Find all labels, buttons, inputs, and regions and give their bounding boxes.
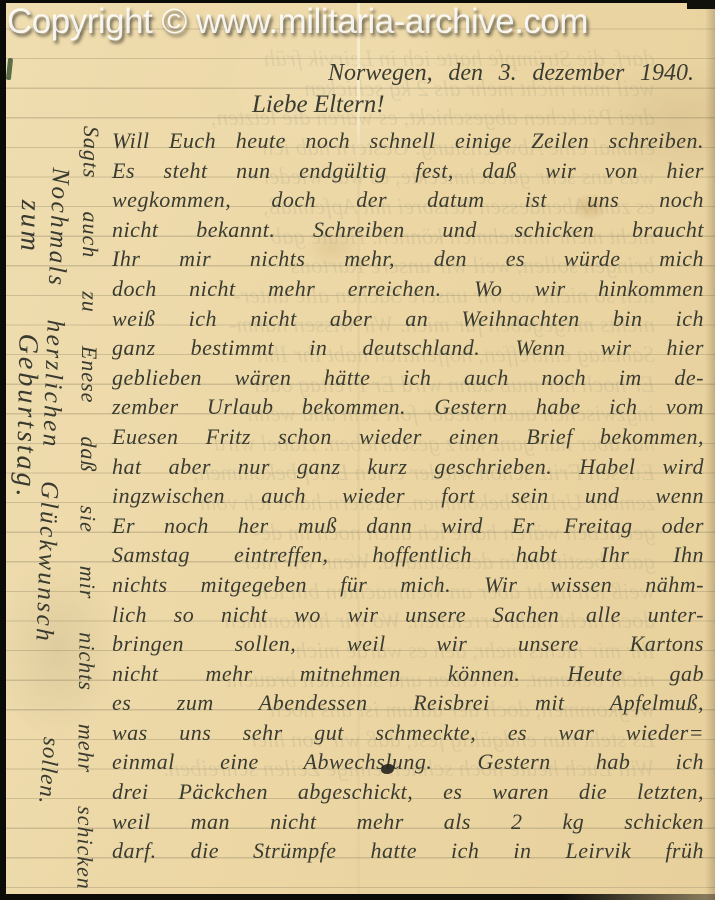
body-line: doch nicht mehr erreichen. Wo wir hinkom… xyxy=(112,274,704,304)
margin-note-postscript-continued: sollen. xyxy=(28,736,64,887)
scan-edge-corner xyxy=(687,0,715,9)
body-line: nichts mitgegeben für mich. Wir wissen n… xyxy=(112,570,704,600)
body-line: Will Euch heute noch schnell einige Zeil… xyxy=(112,126,704,156)
body-line: hat aber nur ganz kurz geschrieben. Habe… xyxy=(112,452,704,482)
body-line: zember Urlaub bekommen. Gestern habe ich… xyxy=(112,392,704,422)
body-line: ganz bestimmt in deutschland. Wenn wir h… xyxy=(112,333,704,363)
body-line: es zum Abendessen Reisbrei mit Apfelmuß, xyxy=(112,688,704,718)
body-line: Es steht nun endgültig fest, daß wir von… xyxy=(112,156,704,186)
body-line: was uns sehr gut schmeckte, es war wiede… xyxy=(112,718,704,748)
body-line: nicht bekannt. Schreiben und schicken br… xyxy=(112,215,704,245)
body-line: Er noch her muß dann wird Er Freitag ode… xyxy=(112,511,704,541)
body-line: Ihr mir nichts mehr, den es würde mich xyxy=(112,244,704,274)
scan-edge-left xyxy=(0,0,6,900)
body-line: drei Päckchen abgeschickt, es waren die … xyxy=(112,777,704,807)
body-line: ingzwischen auch wieder fort sein und we… xyxy=(112,481,704,511)
letter-page: darf. die Strümpfe hatte ich in Leirvik … xyxy=(0,0,715,900)
body-line: Euesen Fritz schon wieder einen Brief be… xyxy=(112,422,704,452)
letter-dateline: Norwegen, den 3. dezember 1940. xyxy=(328,58,694,88)
body-line: darf. die Strümpfe hatte ich in Leirvik … xyxy=(112,836,704,866)
margin-note-postscript: Sagts auch zu Enese daß sie mir nichts m… xyxy=(71,126,104,890)
body-line: wegkommen, doch der datum ist uns noch xyxy=(112,185,704,215)
body-line: bringen sollen, weil wir unsere Kartons xyxy=(112,629,704,659)
body-line: weil man nicht mehr als 2 kg schicken xyxy=(112,807,704,837)
scan-edge-right xyxy=(705,0,715,900)
body-line: Samstag eintreffen, hoffentlich habt Ihr… xyxy=(112,540,704,570)
copyright-watermark: Copyright © www.militaria-archive.com xyxy=(7,2,588,42)
body-line: nicht mehr mitnehmen können. Heute gab xyxy=(112,659,704,689)
body-line: einmal eine Abwechslung. Gestern hab ich xyxy=(112,747,704,777)
body-line: geblieben wären hätte ich auch noch im d… xyxy=(112,363,704,393)
scan-edge-top xyxy=(0,0,715,3)
letter-body: Will Euch heute noch schnell einige Zeil… xyxy=(112,126,704,866)
letter-salutation: Liebe Eltern! xyxy=(252,90,385,120)
body-line: lich so nicht wo wir unsere Sachen alle … xyxy=(112,600,704,630)
scan-edge-bottom xyxy=(0,894,715,900)
body-line: weiß ich nicht aber an Weihnachten bin i… xyxy=(112,304,704,334)
margin-note-birthday-wish-continued: zum Geburtstag. xyxy=(9,199,46,500)
scan-artifact-mark xyxy=(6,58,13,80)
